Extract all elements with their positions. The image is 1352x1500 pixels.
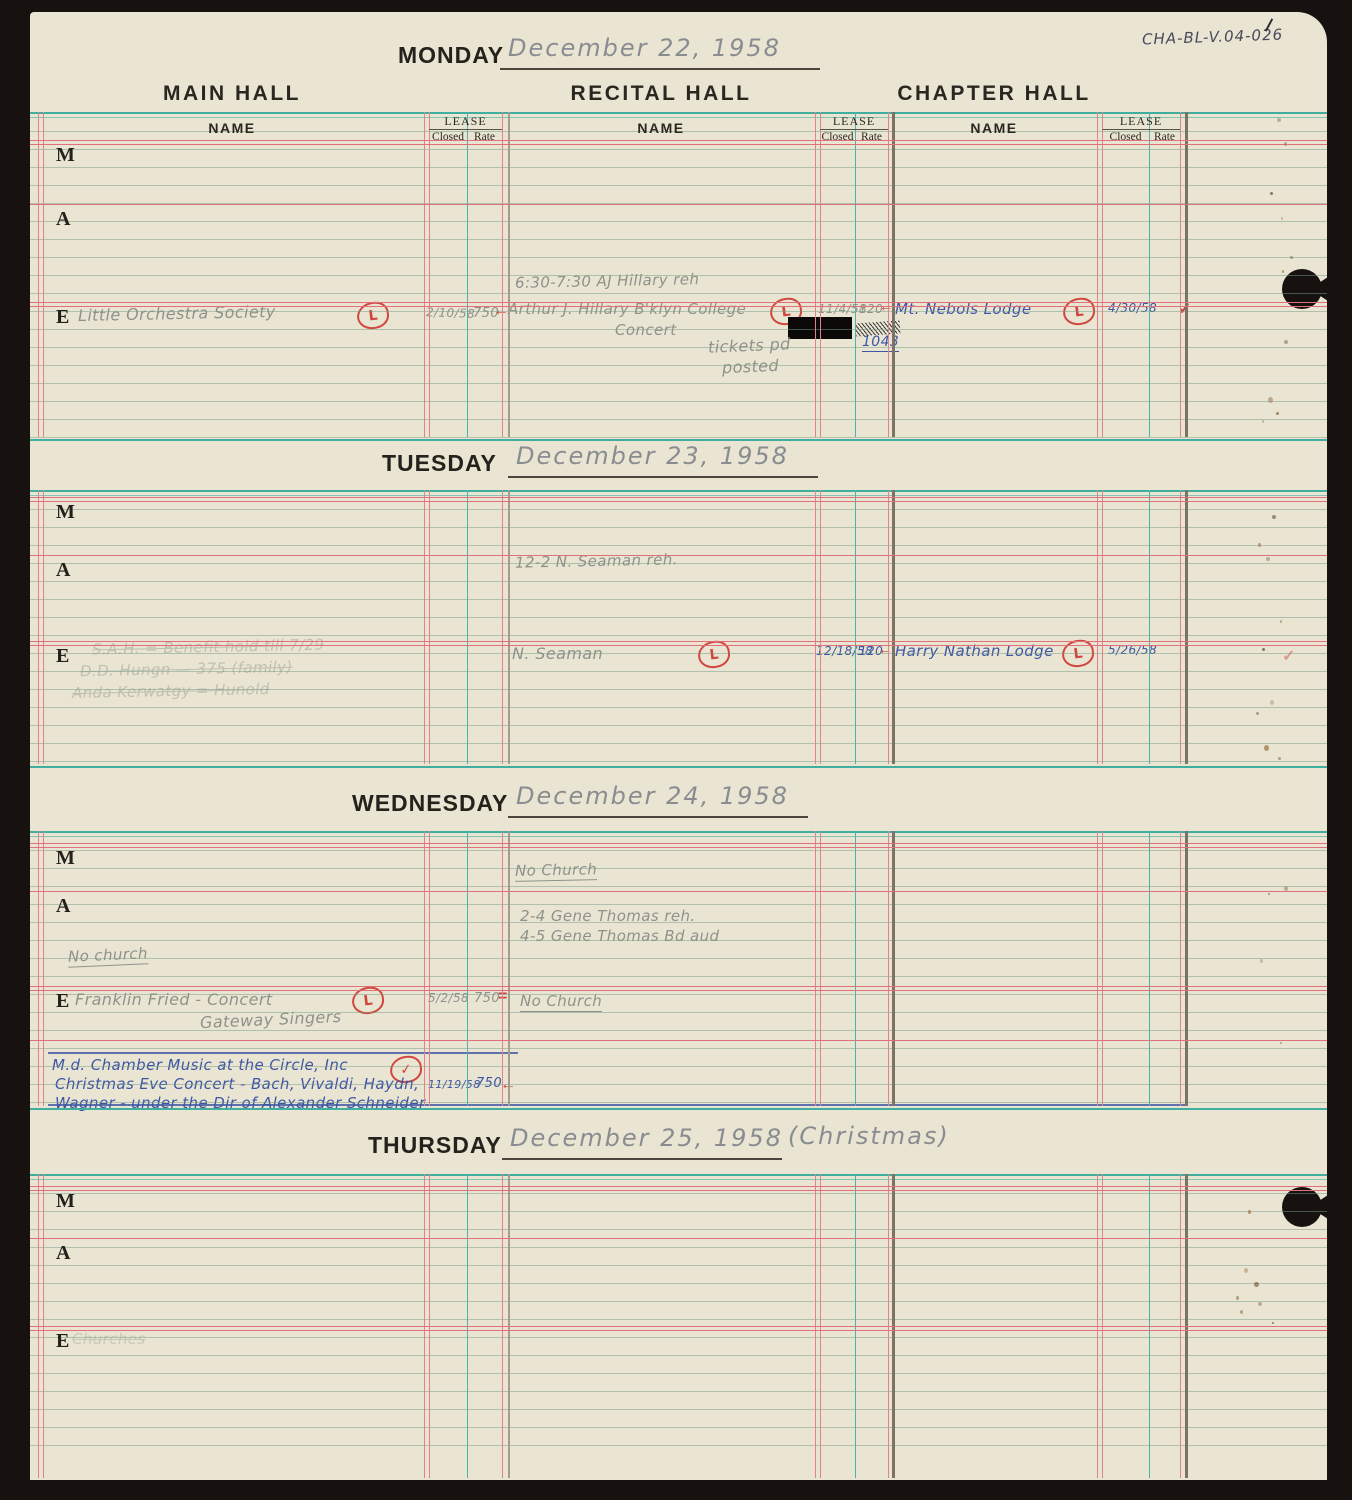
stain-spot xyxy=(1290,256,1293,259)
column-rule xyxy=(467,112,468,437)
row-rule-pink xyxy=(30,843,1327,844)
stain-spot xyxy=(1276,412,1279,415)
column-rule xyxy=(502,112,503,437)
column-rule xyxy=(1180,831,1181,1106)
date-underline xyxy=(508,816,808,818)
row-label: M xyxy=(56,144,75,167)
column-rule xyxy=(892,112,895,437)
column-rule xyxy=(1185,490,1188,764)
column-rule xyxy=(1102,112,1103,437)
name-column-header: NAME xyxy=(970,120,1017,136)
row-rule-pink xyxy=(30,501,1327,502)
scanned-ledger-page: CHA-BL-V.04-026 MONDAY December 22, 1958… xyxy=(0,0,1352,1500)
day-date-monday: December 22, 1958 xyxy=(508,34,781,62)
column-rule xyxy=(43,112,44,437)
row-rule-pink xyxy=(30,990,1327,991)
day-date-thursday: December 25, 1958 xyxy=(510,1124,783,1152)
column-rule xyxy=(855,112,856,437)
column-rule xyxy=(424,490,425,764)
row-label: E xyxy=(56,306,69,329)
stain-spot xyxy=(1256,712,1259,715)
column-rule xyxy=(424,831,425,1106)
row-rule-pink xyxy=(30,891,1327,892)
stain-spot xyxy=(1280,620,1282,623)
column-rule xyxy=(38,490,39,764)
row-rule-pink xyxy=(30,1190,1327,1191)
date-underline xyxy=(500,68,820,70)
column-rule xyxy=(1149,831,1150,1106)
column-rule xyxy=(1102,490,1103,764)
column-rule xyxy=(38,831,39,1106)
stain-spot xyxy=(1236,1296,1239,1300)
row-label: M xyxy=(56,847,75,870)
row-rule-pink xyxy=(30,144,1327,145)
day-label-wednesday: WEDNESDAY xyxy=(352,790,508,817)
row-rule-pink xyxy=(30,1040,1327,1041)
lease-header-rule xyxy=(1102,129,1180,130)
date-underline xyxy=(502,1158,782,1160)
column-rule xyxy=(815,112,816,437)
table-section xyxy=(30,831,1327,1110)
rate-column-header: Rate xyxy=(474,131,495,143)
column-rule xyxy=(820,490,821,764)
column-rule xyxy=(820,112,821,437)
column-rule xyxy=(1097,112,1098,437)
table-section xyxy=(30,490,1327,768)
stain-spot xyxy=(1277,118,1281,122)
row-rule-pink xyxy=(30,204,1327,205)
name-column-header: NAME xyxy=(208,120,255,136)
column-rule xyxy=(855,831,856,1106)
column-rule xyxy=(892,490,895,764)
stain-spot xyxy=(1278,757,1281,760)
day-date-wednesday: December 24, 1958 xyxy=(516,782,789,810)
row-label: A xyxy=(56,208,70,231)
row-label: A xyxy=(56,895,70,918)
column-rule xyxy=(424,112,425,437)
column-rule xyxy=(815,490,816,764)
row-rule-pink xyxy=(30,1186,1327,1187)
stain-spot xyxy=(1258,1302,1262,1306)
column-rule xyxy=(1185,112,1188,437)
date-underline xyxy=(508,476,818,478)
row-rule-pink xyxy=(30,1326,1327,1327)
row-rule-pink xyxy=(30,1330,1327,1331)
day-date-tuesday: December 23, 1958 xyxy=(516,442,789,470)
row-label: A xyxy=(56,559,70,582)
row-label: E xyxy=(56,645,69,668)
stain-spot xyxy=(1244,1268,1248,1273)
table-section xyxy=(30,1174,1327,1450)
stain-spot xyxy=(1284,340,1288,344)
reference-number: CHA-BL-V.04-026 xyxy=(1142,26,1284,49)
day-label-monday: MONDAY xyxy=(398,42,504,69)
lease-header-rule xyxy=(820,129,888,130)
row-label: A xyxy=(56,1242,70,1265)
row-label: M xyxy=(56,501,75,524)
column-rule xyxy=(502,490,503,764)
column-rule xyxy=(1180,112,1181,437)
row-rule-pink xyxy=(30,986,1327,987)
column-rule xyxy=(1185,831,1188,1106)
rate-column-header: Rate xyxy=(1154,131,1175,143)
column-rule xyxy=(1180,490,1181,764)
stain-spot xyxy=(1270,192,1273,195)
stain-spot xyxy=(1272,1322,1274,1324)
stain-spot xyxy=(1264,745,1269,751)
column-rule xyxy=(888,490,889,764)
stain-spot xyxy=(1262,648,1265,651)
column-rule xyxy=(820,831,821,1106)
stain-spot xyxy=(1254,1282,1259,1287)
paper-sheet: CHA-BL-V.04-026 MONDAY December 22, 1958… xyxy=(30,12,1327,1480)
stain-spot xyxy=(1258,543,1261,547)
stain-spot xyxy=(1248,1210,1251,1214)
column-rule xyxy=(1102,831,1103,1106)
lease-column-header: LEASE xyxy=(444,114,486,129)
day-date-suffix: (Christmas) xyxy=(788,1122,950,1150)
row-rule-pink xyxy=(30,306,1327,307)
hall-title-main: MAIN HALL xyxy=(163,82,301,106)
column-rule xyxy=(1097,490,1098,764)
stain-spot xyxy=(1268,397,1273,403)
row-rule-pink xyxy=(30,302,1327,303)
row-rule-pink xyxy=(30,1238,1327,1239)
row-rule-pink xyxy=(30,555,1327,556)
column-rule xyxy=(1149,112,1150,437)
column-rule xyxy=(508,490,510,764)
closed-column-header: Closed xyxy=(432,131,464,143)
closed-column-header: Closed xyxy=(822,131,854,143)
row-label: E xyxy=(56,990,69,1013)
row-rule-pink xyxy=(30,497,1327,498)
stain-spot xyxy=(1272,515,1276,519)
column-rule xyxy=(888,112,889,437)
stain-spot xyxy=(1284,886,1288,891)
stain-spot xyxy=(1282,270,1284,273)
closed-column-header: Closed xyxy=(1110,131,1142,143)
column-rule xyxy=(815,831,816,1106)
row-label: M xyxy=(56,1190,75,1213)
column-rule xyxy=(43,831,44,1106)
table-section xyxy=(30,112,1327,441)
column-rule xyxy=(467,831,468,1106)
column-rule xyxy=(429,112,430,437)
name-column-header: NAME xyxy=(637,120,684,136)
row-rule-pink xyxy=(30,847,1327,848)
stain-spot xyxy=(1284,142,1287,146)
lease-header-rule xyxy=(429,129,502,130)
stain-spot xyxy=(1260,959,1263,963)
stain-spot xyxy=(1262,420,1264,423)
hall-title-recital: RECITAL HALL xyxy=(571,82,752,106)
stain-spot xyxy=(1281,217,1283,220)
row-rule-pink xyxy=(30,645,1327,646)
column-rule xyxy=(467,490,468,764)
column-rule xyxy=(38,112,39,437)
column-rule xyxy=(508,831,510,1106)
lease-column-header: LEASE xyxy=(1120,114,1162,129)
column-rule xyxy=(855,490,856,764)
stain-spot xyxy=(1266,557,1270,561)
day-label-thursday: THURSDAY xyxy=(368,1132,502,1159)
column-rule xyxy=(43,490,44,764)
column-rule xyxy=(502,831,503,1106)
column-rule xyxy=(429,831,430,1106)
row-rule-pink xyxy=(30,641,1327,642)
stain-spot xyxy=(1268,893,1270,895)
column-rule xyxy=(1149,490,1150,764)
column-rule xyxy=(429,490,430,764)
lease-column-header: LEASE xyxy=(833,114,875,129)
row-label: E xyxy=(56,1330,69,1353)
stain-spot xyxy=(1240,1310,1243,1314)
hall-title-chapter: CHAPTER HALL xyxy=(897,82,1090,106)
column-rule xyxy=(892,831,895,1106)
column-rule xyxy=(508,112,510,437)
stain-spot xyxy=(1280,1042,1282,1044)
column-rule xyxy=(888,831,889,1106)
day-label-tuesday: TUESDAY xyxy=(382,450,497,477)
rate-column-header: Rate xyxy=(861,131,882,143)
stain-spot xyxy=(1270,700,1274,705)
column-rule xyxy=(1097,831,1098,1106)
